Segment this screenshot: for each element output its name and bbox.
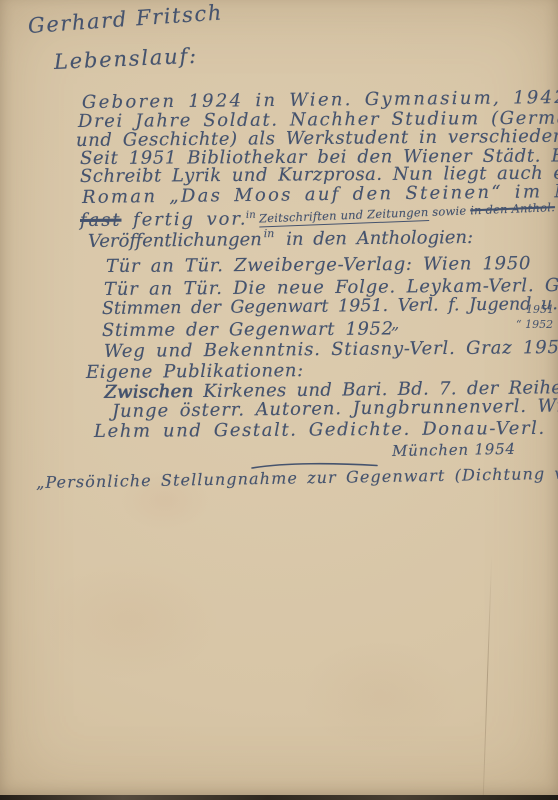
anthology-item-1: Tür an Tür. Zweiberge-Verlag: Wien 1950 — [106, 253, 531, 277]
anthologies-heading: Veröffentlichungenin in den Anthologien: — [88, 227, 473, 252]
struck-word: fast — [80, 210, 122, 231]
margin-year-1951: 1951 — [526, 303, 554, 316]
insertion-caret: in — [246, 210, 256, 221]
doc-title: Lebenslauf: — [53, 44, 198, 74]
margin-year-1952: “ 1952 — [516, 318, 553, 331]
bio-line-7-rest: fertig vor. — [133, 209, 248, 231]
paper-page: Gerhard Fritsch Lebenslauf: Geboren 1924… — [0, 0, 558, 800]
heading-part2: in den Anthologien: — [276, 227, 473, 250]
heading-part1: Veröffentlichungen — [88, 229, 262, 252]
bio-line-7: fast fertig vor. — [80, 209, 248, 231]
paper-crease — [483, 555, 492, 795]
heading-caret: in — [264, 227, 275, 240]
publication-item-3-continuation: München 1954 — [392, 440, 516, 460]
author-name: Gerhard Fritsch — [27, 0, 223, 38]
insertion-middle-text: sowie — [428, 203, 470, 219]
anthology-item-4: Stimme der Gegenwart 1952 — [102, 318, 394, 341]
anthology-item-5: Weg und Bekenntnis. Stiasny-Verl. Graz 1… — [104, 337, 558, 362]
insertion-underlined-text: Zeitschriften und Zeitungen — [259, 205, 429, 227]
publication-item-3: Lehm und Gestalt. Gedichte. Donau-Verl. … — [94, 417, 558, 442]
insertion-struck-text: in den Anthol. — [470, 200, 555, 217]
ditto-mark: „ — [391, 314, 399, 333]
paper-stain — [40, 560, 220, 680]
paper-stain — [300, 640, 460, 750]
paper-bottom-edge — [0, 795, 558, 800]
